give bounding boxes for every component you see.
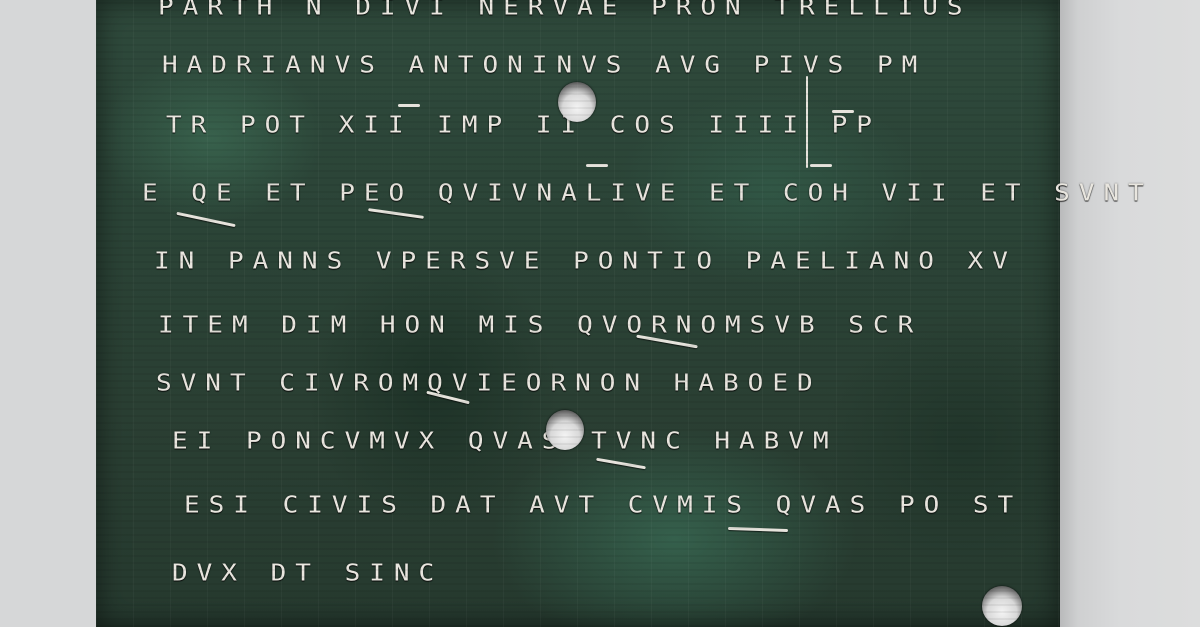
inscription-line-6: ITEM DIM HON MIS QVORNOMSVB SCR [158,312,922,339]
rivet-hole-middle [546,410,584,450]
inscription-line-8: EI PONCVMVX QVAS TVNC HABVM [172,428,838,455]
q-tail-stroke [728,527,788,532]
macron-stroke [810,164,832,167]
macron-stroke [832,110,854,113]
inscription-line-3: TR POT XII IMP II COS IIII PP [166,112,881,139]
backdrop-right [1060,0,1200,627]
inscription-line-10: DVX DT SINC [172,560,443,587]
inscription-line-5: IN PANNS VPERSVE PONTIO PAELIANO XV [154,248,1017,275]
inscription-line-9: ESI CIVIS DAT AVT CVMIS QVAS PO ST [184,492,1022,519]
inscription-line-1: PARTH N DIVI NERVAE PRON TRELLIUS [158,0,972,21]
inscription-line-7: SVNT CIVROMQVIEORNON HABOED [156,370,822,397]
scratch-line [806,76,808,168]
q-tail-stroke [596,458,646,470]
inscription-line-2: HADRIANVS ANTONINVS AVG PIVS PM [162,52,926,79]
bronze-tablet: PARTH N DIVI NERVAE PRON TRELLIUS HADRIA… [96,0,1060,627]
macron-stroke [586,164,608,167]
q-tail-stroke [368,208,424,219]
rivet-hole-top [558,82,596,122]
q-tail-stroke [176,212,235,227]
macron-stroke [398,104,420,107]
rivet-hole-bottom-right [982,586,1022,626]
inscription-line-4: E QE ET PEO QVIVNALIVE ET COH VII ET SVN… [142,180,1153,207]
